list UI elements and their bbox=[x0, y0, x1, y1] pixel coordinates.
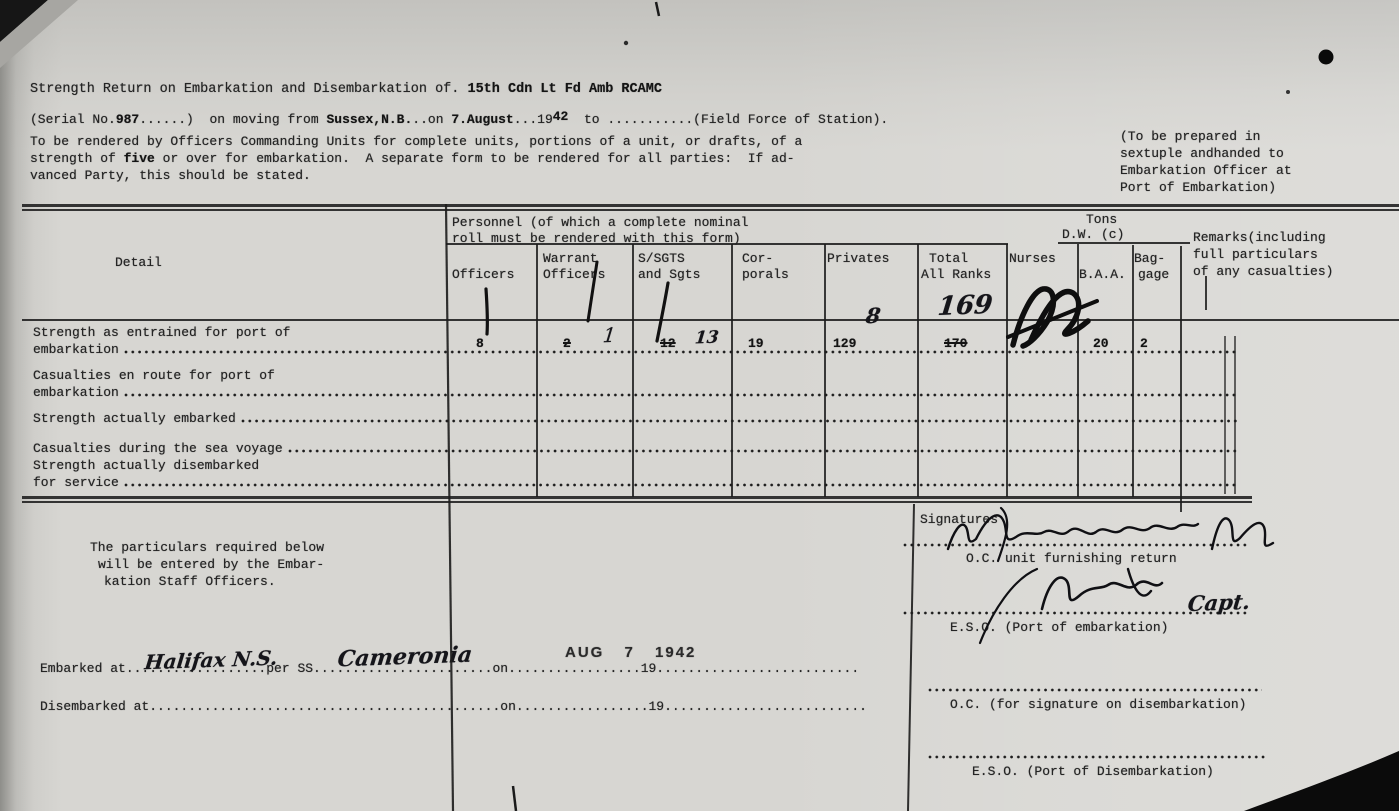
scanned-form-page: Strength Return on Embarkation and Disem… bbox=[0, 0, 1399, 811]
tally-stroke-officers bbox=[486, 289, 487, 334]
remarks-stub-line bbox=[1205, 276, 1207, 310]
remarks-header-1: Remarks(including bbox=[1193, 230, 1326, 246]
value-baa: 20 bbox=[1093, 336, 1109, 352]
col-divider-corporals-privates bbox=[824, 244, 826, 497]
fold-corner-dark bbox=[0, 0, 48, 42]
move-date-entry: 7.August bbox=[451, 112, 513, 127]
col-header-ssgts-1: S/SGTS bbox=[638, 251, 685, 267]
side-note-line-2: sextuple andhanded to bbox=[1120, 146, 1284, 162]
year-entry: 42 bbox=[553, 109, 569, 124]
tons-group-header-2: D.W. (c) bbox=[1062, 227, 1124, 243]
ship-name-handwritten: Cameronia bbox=[336, 642, 473, 673]
col-header-corporals-1: Cor- bbox=[742, 251, 773, 267]
signature-line-oc-unit bbox=[903, 543, 1247, 547]
detail-column-header: Detail bbox=[115, 255, 162, 271]
bottom-stray-mark bbox=[513, 786, 516, 811]
col-header-warrant-1: Warrant bbox=[543, 251, 598, 267]
col-header-total-2: All Ranks bbox=[921, 267, 991, 283]
col-header-ssgts-2: and Sgts bbox=[638, 267, 700, 283]
nurses-scribble bbox=[1008, 289, 1097, 346]
signature-line-oc-disembark bbox=[928, 688, 1262, 692]
value-officers: 8 bbox=[476, 336, 484, 352]
side-note-line-3: Embarkation Officer at bbox=[1120, 163, 1292, 179]
col-header-baa: B.A.A. bbox=[1079, 267, 1126, 283]
oc-disembark-label: O.C. (for signature on disembarkation) bbox=[950, 697, 1246, 713]
particulars-note-1: The particulars required below bbox=[90, 540, 324, 556]
serial-number-entry: 987 bbox=[116, 112, 139, 127]
instructions-line-1: To be rendered by Officers Commanding Un… bbox=[30, 134, 802, 150]
col-header-corporals-2: porals bbox=[742, 267, 789, 283]
serial-line: (Serial No.987......) on moving from Sus… bbox=[30, 112, 888, 128]
value-ssgts-handwritten: 13 bbox=[694, 328, 720, 349]
value-warrant-struck: 2 bbox=[563, 336, 571, 352]
row4-label-1: Casualties during the sea voyage bbox=[33, 441, 283, 457]
col-divider-total-nurses bbox=[1006, 244, 1008, 497]
bottom-section-divider bbox=[908, 504, 914, 811]
line2-post: or over for embarkation. A separate form… bbox=[155, 151, 795, 166]
value-total-handwritten: 169 bbox=[936, 290, 994, 322]
col-divider-privates-total bbox=[917, 244, 919, 497]
line2-bold-five: five bbox=[124, 151, 155, 166]
eso-disembark-label: E.S.O. (Port of Disembarkation) bbox=[972, 764, 1214, 780]
right-margin-tick-2 bbox=[1234, 336, 1236, 494]
top-edge-mark bbox=[656, 2, 659, 16]
row1-label-1: Strength as entrained for port of bbox=[33, 325, 290, 341]
value-warrant-handwritten: 1 bbox=[602, 323, 617, 347]
col-divider-baa-baggage bbox=[1132, 245, 1134, 497]
form-title: Strength Return on Embarkation and Disem… bbox=[30, 82, 662, 98]
instructions-line-2: strength of five or over for embarkation… bbox=[30, 151, 795, 167]
oc-unit-label: O.C. unit furnishing return bbox=[966, 551, 1177, 567]
particulars-note-2: will be entered by the Embar- bbox=[98, 557, 324, 573]
row1-label-2: embarkation bbox=[33, 342, 119, 358]
instructions-line-3: vanced Party, this should be stated. bbox=[30, 168, 311, 184]
personnel-group-header-1: Personnel (of which a complete nominal bbox=[452, 215, 748, 231]
side-note-line-4: Port of Embarkation) bbox=[1120, 180, 1276, 196]
tiny-ink-spot bbox=[1286, 90, 1290, 94]
row5-label-1: Strength actually disembarked bbox=[33, 458, 259, 474]
large-ink-spot bbox=[1319, 50, 1334, 65]
col-divider-officers-warrant bbox=[536, 244, 538, 497]
serial-label: (Serial No. bbox=[30, 112, 116, 127]
to-clause: to ...........(Field Force of Station). bbox=[568, 112, 888, 127]
signature-rank-handwritten: Capt. bbox=[1187, 589, 1252, 616]
col-header-baggage-1: Bag- bbox=[1134, 251, 1165, 267]
col-header-total-1: Total bbox=[929, 251, 968, 267]
remarks-header-3: of any casualties) bbox=[1193, 264, 1333, 280]
header-separator-rule bbox=[22, 319, 1399, 321]
row5-label-2: for service bbox=[33, 475, 119, 491]
tally-stroke-ssgts bbox=[657, 283, 668, 341]
row5-leader-dots bbox=[124, 483, 1238, 487]
serial-mid-text: ......) on moving from bbox=[139, 112, 326, 127]
row3-leader-dots bbox=[241, 419, 1238, 423]
value-privates-handwritten: 8 bbox=[865, 303, 882, 328]
table-bottom-rule-2 bbox=[22, 501, 1252, 503]
row2-label-2: embarkation bbox=[33, 385, 119, 401]
right-margin-tick-1 bbox=[1224, 336, 1226, 494]
disembarked-at-line: Disembarked at..........................… bbox=[40, 699, 867, 715]
col-divider-ssgts-corporals bbox=[731, 244, 733, 497]
col-divider-warrant-ssgts bbox=[632, 244, 634, 497]
col-header-baggage-2: gage bbox=[1138, 267, 1169, 283]
form-title-text: Strength Return on Embarkation and Disem… bbox=[30, 82, 467, 97]
personnel-group-header-2: roll must be rendered with this form) bbox=[452, 231, 741, 247]
corner-shadow-bottom-right bbox=[1244, 751, 1399, 811]
signature-line-eso-disembark bbox=[928, 755, 1268, 759]
col-header-warrant-2: Officers bbox=[543, 267, 605, 283]
row3-label-1: Strength actually embarked bbox=[33, 411, 236, 427]
value-baggage: 2 bbox=[1140, 336, 1148, 352]
side-note-line-1: (To be prepared in bbox=[1120, 129, 1260, 145]
small-ink-spot bbox=[624, 41, 628, 45]
line2-pre: strength of bbox=[30, 151, 124, 166]
value-ssgts-struck: 12 bbox=[660, 336, 676, 352]
col-header-privates: Privates bbox=[827, 251, 889, 267]
table-top-rule-1 bbox=[22, 204, 1399, 207]
detail-column-divider bbox=[446, 204, 453, 811]
particulars-note-3: kation Staff Officers. bbox=[104, 574, 276, 590]
date-stamp: AUG 7 1942 bbox=[565, 644, 696, 661]
fold-corner-shadow bbox=[0, 0, 78, 68]
row2-label-1: Casualties en route for port of bbox=[33, 368, 275, 384]
embarked-port-handwritten: Halifax N.S. bbox=[143, 646, 278, 675]
row4-leader-dots bbox=[288, 449, 1238, 453]
on-word: ..on bbox=[412, 112, 451, 127]
table-top-rule-2 bbox=[22, 209, 1399, 211]
origin-entry: Sussex,N.B. bbox=[326, 112, 412, 127]
tons-group-header-1: Tons bbox=[1086, 212, 1117, 228]
col-header-nurses: Nurses bbox=[1009, 251, 1056, 267]
value-privates: 129 bbox=[833, 336, 856, 352]
row1-leader-dots bbox=[124, 350, 1238, 354]
form-title-unit: 15th Cdn Lt Fd Amb RCAMC bbox=[467, 82, 661, 97]
col-header-officers: Officers bbox=[452, 267, 514, 283]
remarks-header-2: full particulars bbox=[1193, 247, 1318, 263]
value-total-struck: 170 bbox=[944, 336, 967, 352]
col-divider-baggage-remarks bbox=[1180, 246, 1182, 512]
eso-embark-label: E.S.O. (Port of embarkation) bbox=[950, 620, 1168, 636]
signatures-label: Signatures bbox=[920, 512, 998, 528]
row2-leader-dots bbox=[124, 393, 1238, 397]
table-bottom-rule-1 bbox=[22, 496, 1252, 499]
value-corporals: 19 bbox=[748, 336, 764, 352]
year-prefix: ...19 bbox=[514, 112, 553, 127]
